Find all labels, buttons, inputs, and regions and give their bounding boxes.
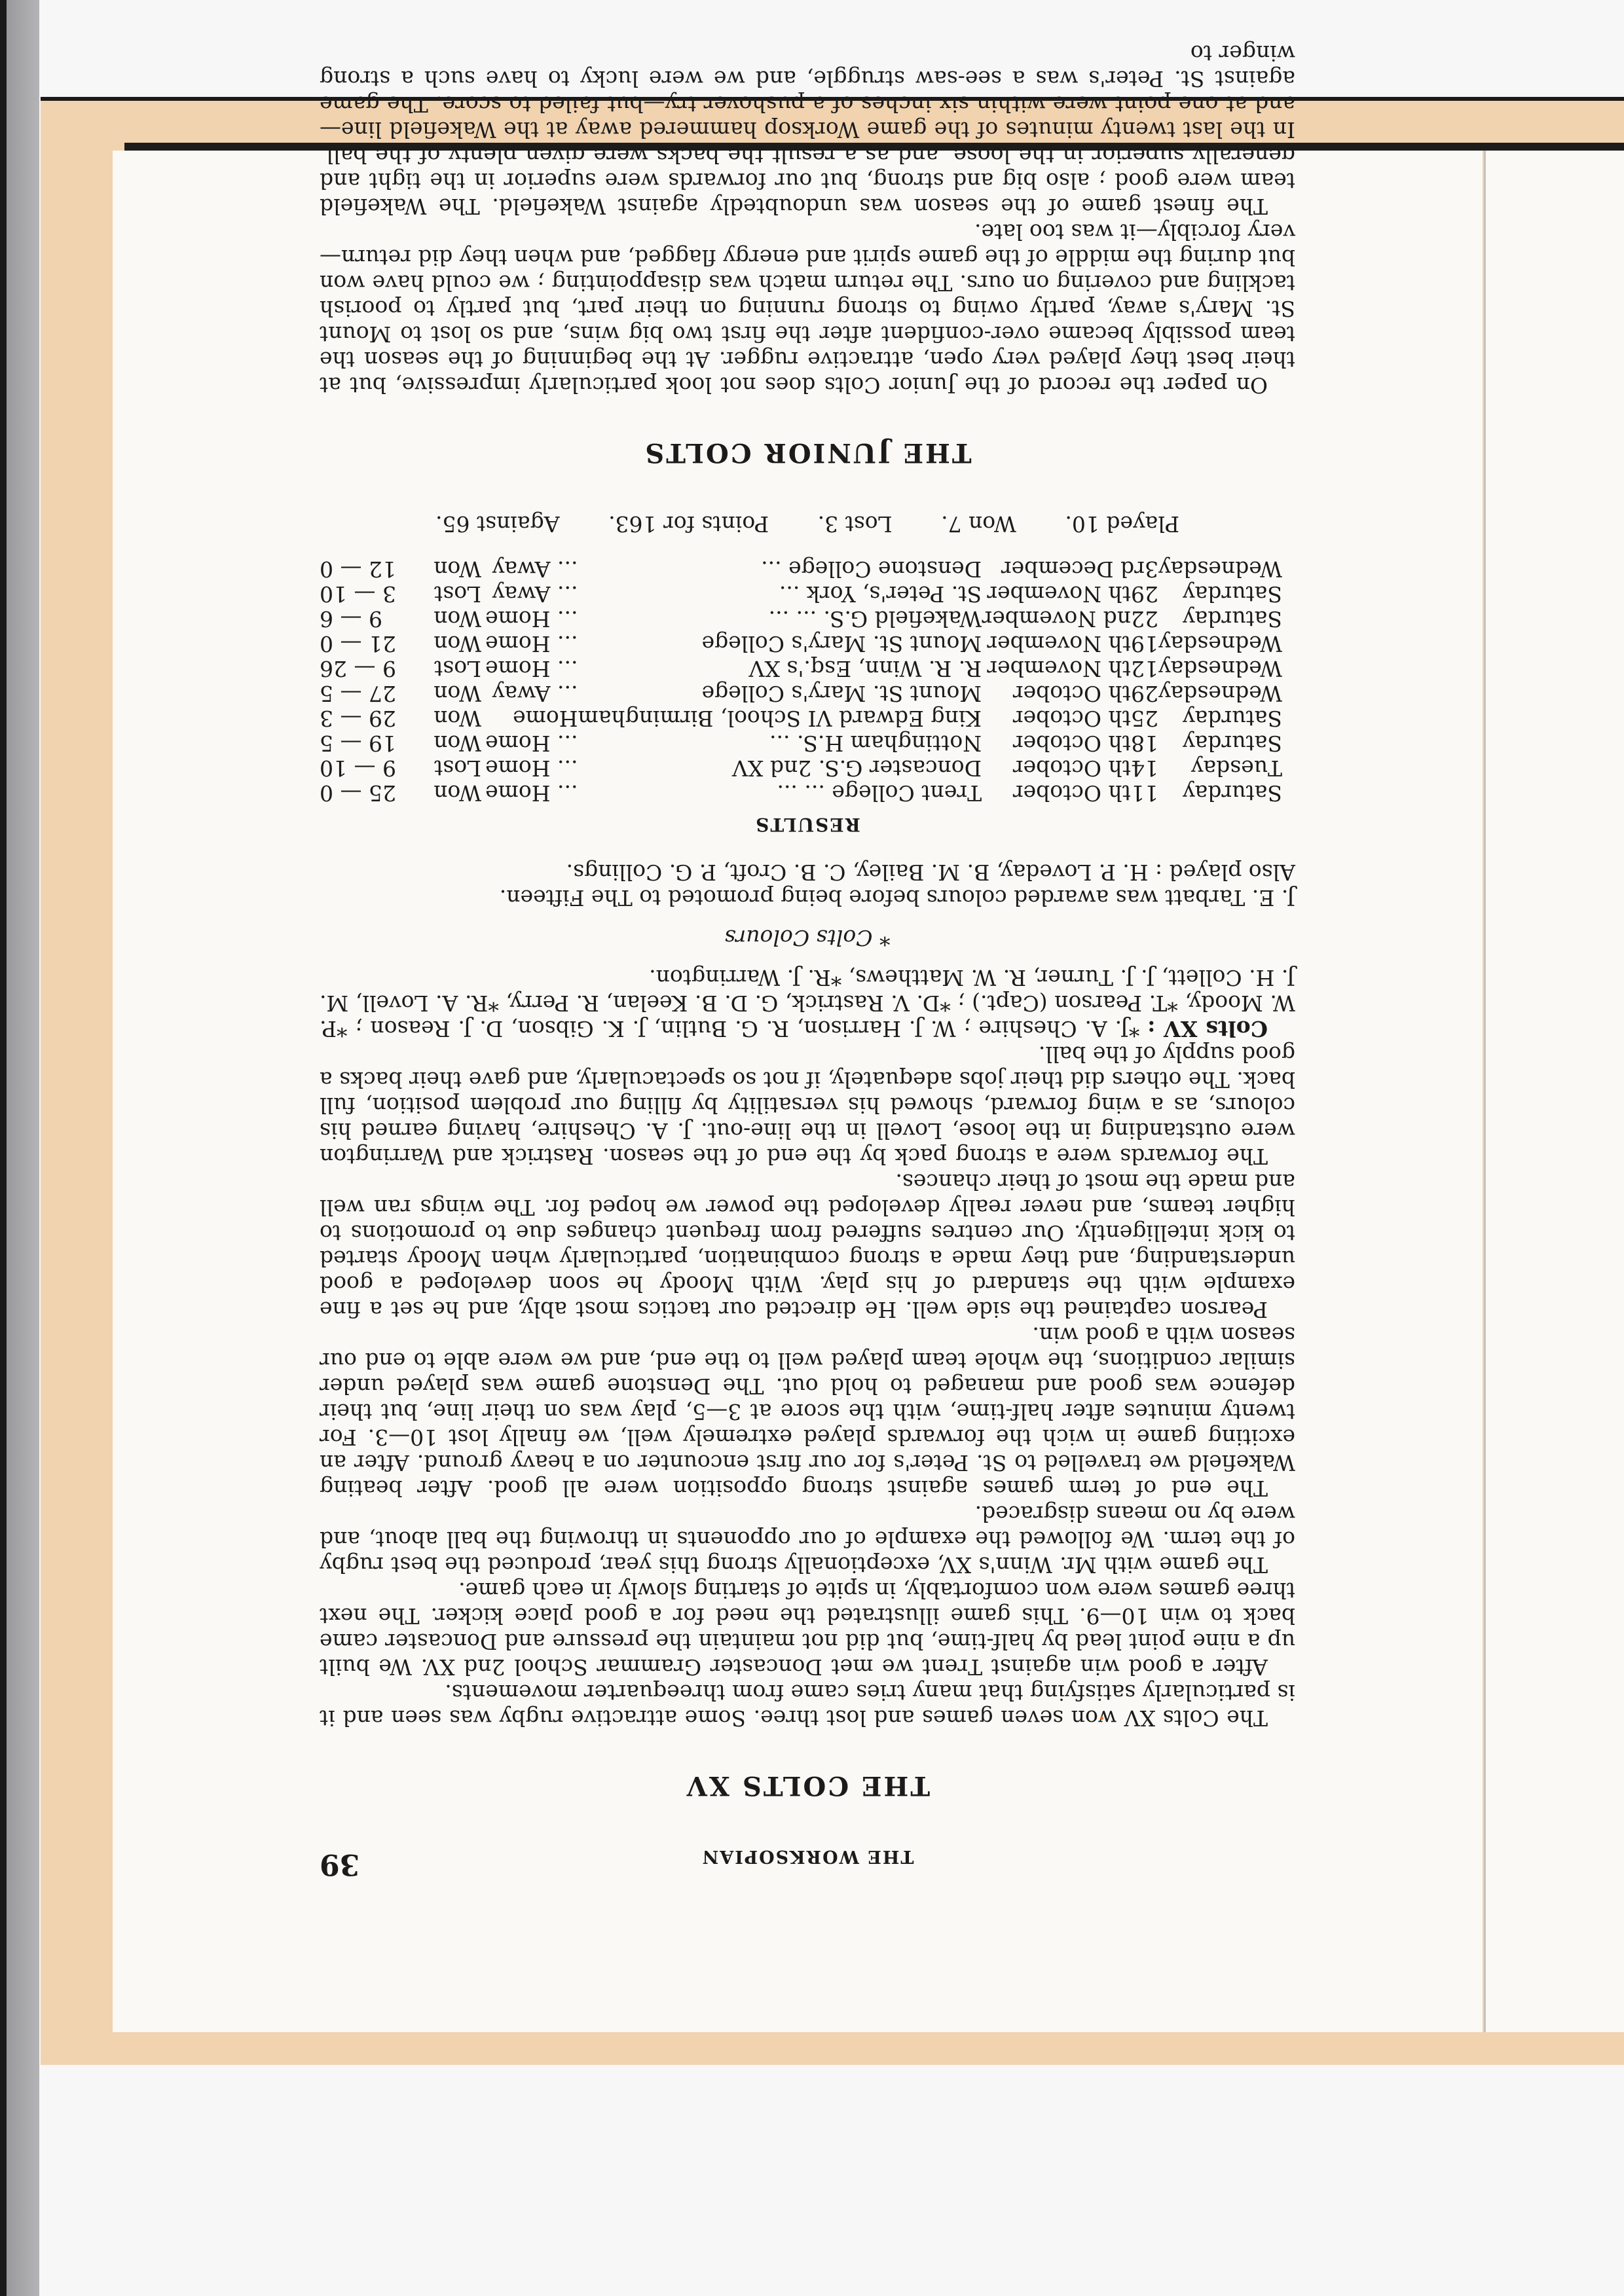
additional-notes: J. E. Tarbatt was awarded colours before… xyxy=(320,860,1295,911)
result-score: 21 — 0 xyxy=(320,631,416,656)
result-opponent: King Edward VI School, Birmingham xyxy=(578,706,982,731)
result-result: Lost xyxy=(416,756,481,780)
result-venue: Home xyxy=(481,706,578,731)
paragraph: After a good win against Trent we met Do… xyxy=(320,1578,1295,1680)
results-row: Wednesday12th NovemberR. R. Winn, Esq.'s… xyxy=(320,656,1282,681)
result-opponent: Denstone College ... xyxy=(578,556,982,581)
result-opponent: R. R. Winn, Esq.'s XV xyxy=(578,656,982,681)
result-date: 29th November xyxy=(982,581,1158,606)
result-date: 29th October xyxy=(982,681,1158,706)
result-venue: ... Away xyxy=(481,581,578,606)
result-score: 27 — 5 xyxy=(320,681,416,706)
result-date: 14th October xyxy=(982,756,1158,780)
team-label: Colts XV : xyxy=(1147,1016,1268,1042)
tarbatt-note: J. E. Tarbatt was awarded colours before… xyxy=(320,885,1295,911)
result-score: 9 — 26 xyxy=(320,656,416,681)
running-header: THE WORKSOPIAN 39 xyxy=(320,1838,1295,1877)
result-opponent: Mount St. Mary's College xyxy=(578,631,982,656)
paragraph: The finest game of the season was undoub… xyxy=(320,41,1295,219)
result-day: Wednesday xyxy=(1158,681,1282,706)
summary-points-for: Points for 163. xyxy=(608,511,769,537)
result-result: Won xyxy=(416,556,481,581)
scanner-margin xyxy=(7,0,39,2296)
season-summary: Played 10. Won 7. Lost 3. Points for 163… xyxy=(320,511,1295,537)
result-score: 3 — 10 xyxy=(320,581,416,606)
result-date: 19th November xyxy=(982,631,1158,656)
result-date: 18th October xyxy=(982,731,1158,756)
paragraph: On paper the record of the Junior Colts … xyxy=(320,219,1295,398)
summary-played: Played 10. xyxy=(1065,511,1179,537)
result-score: 9 — 6 xyxy=(320,606,416,631)
result-venue: ... Home xyxy=(481,606,578,631)
result-date: 22nd November xyxy=(982,606,1158,631)
summary-won: Won 7. xyxy=(941,511,1016,537)
result-day: Saturday xyxy=(1158,606,1282,631)
result-date: 3rd December xyxy=(982,556,1158,581)
result-result: Won xyxy=(416,706,481,731)
team-list: Colts XV : *J. A. Cheshire ; W. J. Harri… xyxy=(320,965,1295,1042)
result-day: Saturday xyxy=(1158,780,1282,805)
team-paragraph: Colts XV : *J. A. Cheshire ; W. J. Harri… xyxy=(320,965,1295,1042)
paragraph: The game with Mr. Winn's XV, exceptional… xyxy=(320,1501,1295,1578)
junior-colts-heading: THE JUNIOR COLTS xyxy=(320,440,1295,465)
result-score: 19 — 5 xyxy=(320,731,416,756)
results-row: Saturday25th OctoberKing Edward VI Schoo… xyxy=(320,706,1282,731)
result-date: 11th October xyxy=(982,780,1158,805)
results-row: Tuesday14th OctoberDoncaster G.S. 2nd XV… xyxy=(320,756,1282,780)
result-venue: ... Away xyxy=(481,681,578,706)
result-result: Lost xyxy=(416,581,481,606)
result-opponent: Trent College ... ... xyxy=(578,780,982,805)
result-venue: ... Home xyxy=(481,631,578,656)
page-number: 39 xyxy=(320,1851,360,1877)
result-score: 12 — 0 xyxy=(320,556,416,581)
results-row: Wednesday29th OctoberMount St. Mary's Co… xyxy=(320,681,1282,706)
also-played: Also played : H. P. Loveday, B. M. Baile… xyxy=(320,860,1295,885)
result-date: 12th November xyxy=(982,656,1158,681)
result-venue: ... Home xyxy=(481,756,578,780)
result-day: Wednesday xyxy=(1158,656,1282,681)
results-table: Saturday11th OctoberTrent College ... ..… xyxy=(320,556,1282,805)
result-opponent: St. Peter's, York ... xyxy=(578,581,982,606)
result-day: Tuesday xyxy=(1158,756,1282,780)
results-row: Saturday11th OctoberTrent College ... ..… xyxy=(320,780,1282,805)
result-day: Saturday xyxy=(1158,581,1282,606)
result-opponent: Nottingham H.S. ... xyxy=(578,731,982,756)
summary-lost: Lost 3. xyxy=(818,511,893,537)
result-score: 25 — 0 xyxy=(320,780,416,805)
publication-title: THE WORKSOPIAN xyxy=(320,1844,1295,1869)
results-heading: RESULTS xyxy=(320,812,1295,837)
adjacent-page-edge xyxy=(1484,151,1624,2032)
result-result: Won xyxy=(416,631,481,656)
paragraph: The forwards were a strong pack by the e… xyxy=(320,1042,1295,1169)
result-day: Wednesday xyxy=(1158,631,1282,656)
result-venue: ... Home xyxy=(481,780,578,805)
result-result: Won xyxy=(416,606,481,631)
result-score: 9 — 10 xyxy=(320,756,416,780)
result-venue: ... Home xyxy=(481,656,578,681)
paragraph: Pearson captained the side well. He dire… xyxy=(320,1169,1295,1322)
rotated-page-content: THE WORKSOPIAN 39 THE COLTS XV The Colts… xyxy=(111,153,1481,2034)
result-opponent: Wakefield G.S. ... ... xyxy=(578,606,982,631)
page-text-block: THE WORKSOPIAN 39 THE COLTS XV The Colts… xyxy=(320,41,1295,1877)
result-result: Won xyxy=(416,780,481,805)
colours-footnote: * Colts Colours xyxy=(320,925,1295,951)
results-row: Saturday22nd NovemberWakefield G.S. ... … xyxy=(320,606,1282,631)
junior-colts-report: On paper the record of the Junior Colts … xyxy=(320,41,1295,398)
result-result: Won xyxy=(416,681,481,706)
result-opponent: Doncaster G.S. 2nd XV xyxy=(578,756,982,780)
result-result: Won xyxy=(416,731,481,756)
result-day: Saturday xyxy=(1158,731,1282,756)
result-venue: ... Away xyxy=(481,556,578,581)
results-row: Wednesday3rd DecemberDenstone College ..… xyxy=(320,556,1282,581)
result-opponent: Mount St. Mary's College xyxy=(578,681,982,706)
result-score: 29 — 3 xyxy=(320,706,416,731)
summary-against: Against 65. xyxy=(435,511,560,537)
result-day: Wednesday xyxy=(1158,556,1282,581)
result-date: 25th October xyxy=(982,706,1158,731)
colts-xv-report: The Colts XV won seven games and lost th… xyxy=(320,1042,1295,1731)
paragraph: The Colts XV won seven games and lost th… xyxy=(320,1680,1295,1731)
paragraph: The end of term games against strong opp… xyxy=(320,1322,1295,1501)
colts-xv-heading: THE COLTS XV xyxy=(320,1773,1295,1798)
result-result: Lost xyxy=(416,656,481,681)
scanner-edge xyxy=(0,0,7,2296)
ink-speck xyxy=(1100,1717,1103,1720)
result-day: Saturday xyxy=(1158,706,1282,731)
results-row: Saturday29th NovemberSt. Peter's, York .… xyxy=(320,581,1282,606)
results-row: Saturday18th OctoberNottingham H.S. ....… xyxy=(320,731,1282,756)
results-row: Wednesday19th NovemberMount St. Mary's C… xyxy=(320,631,1282,656)
result-venue: ... Home xyxy=(481,731,578,756)
